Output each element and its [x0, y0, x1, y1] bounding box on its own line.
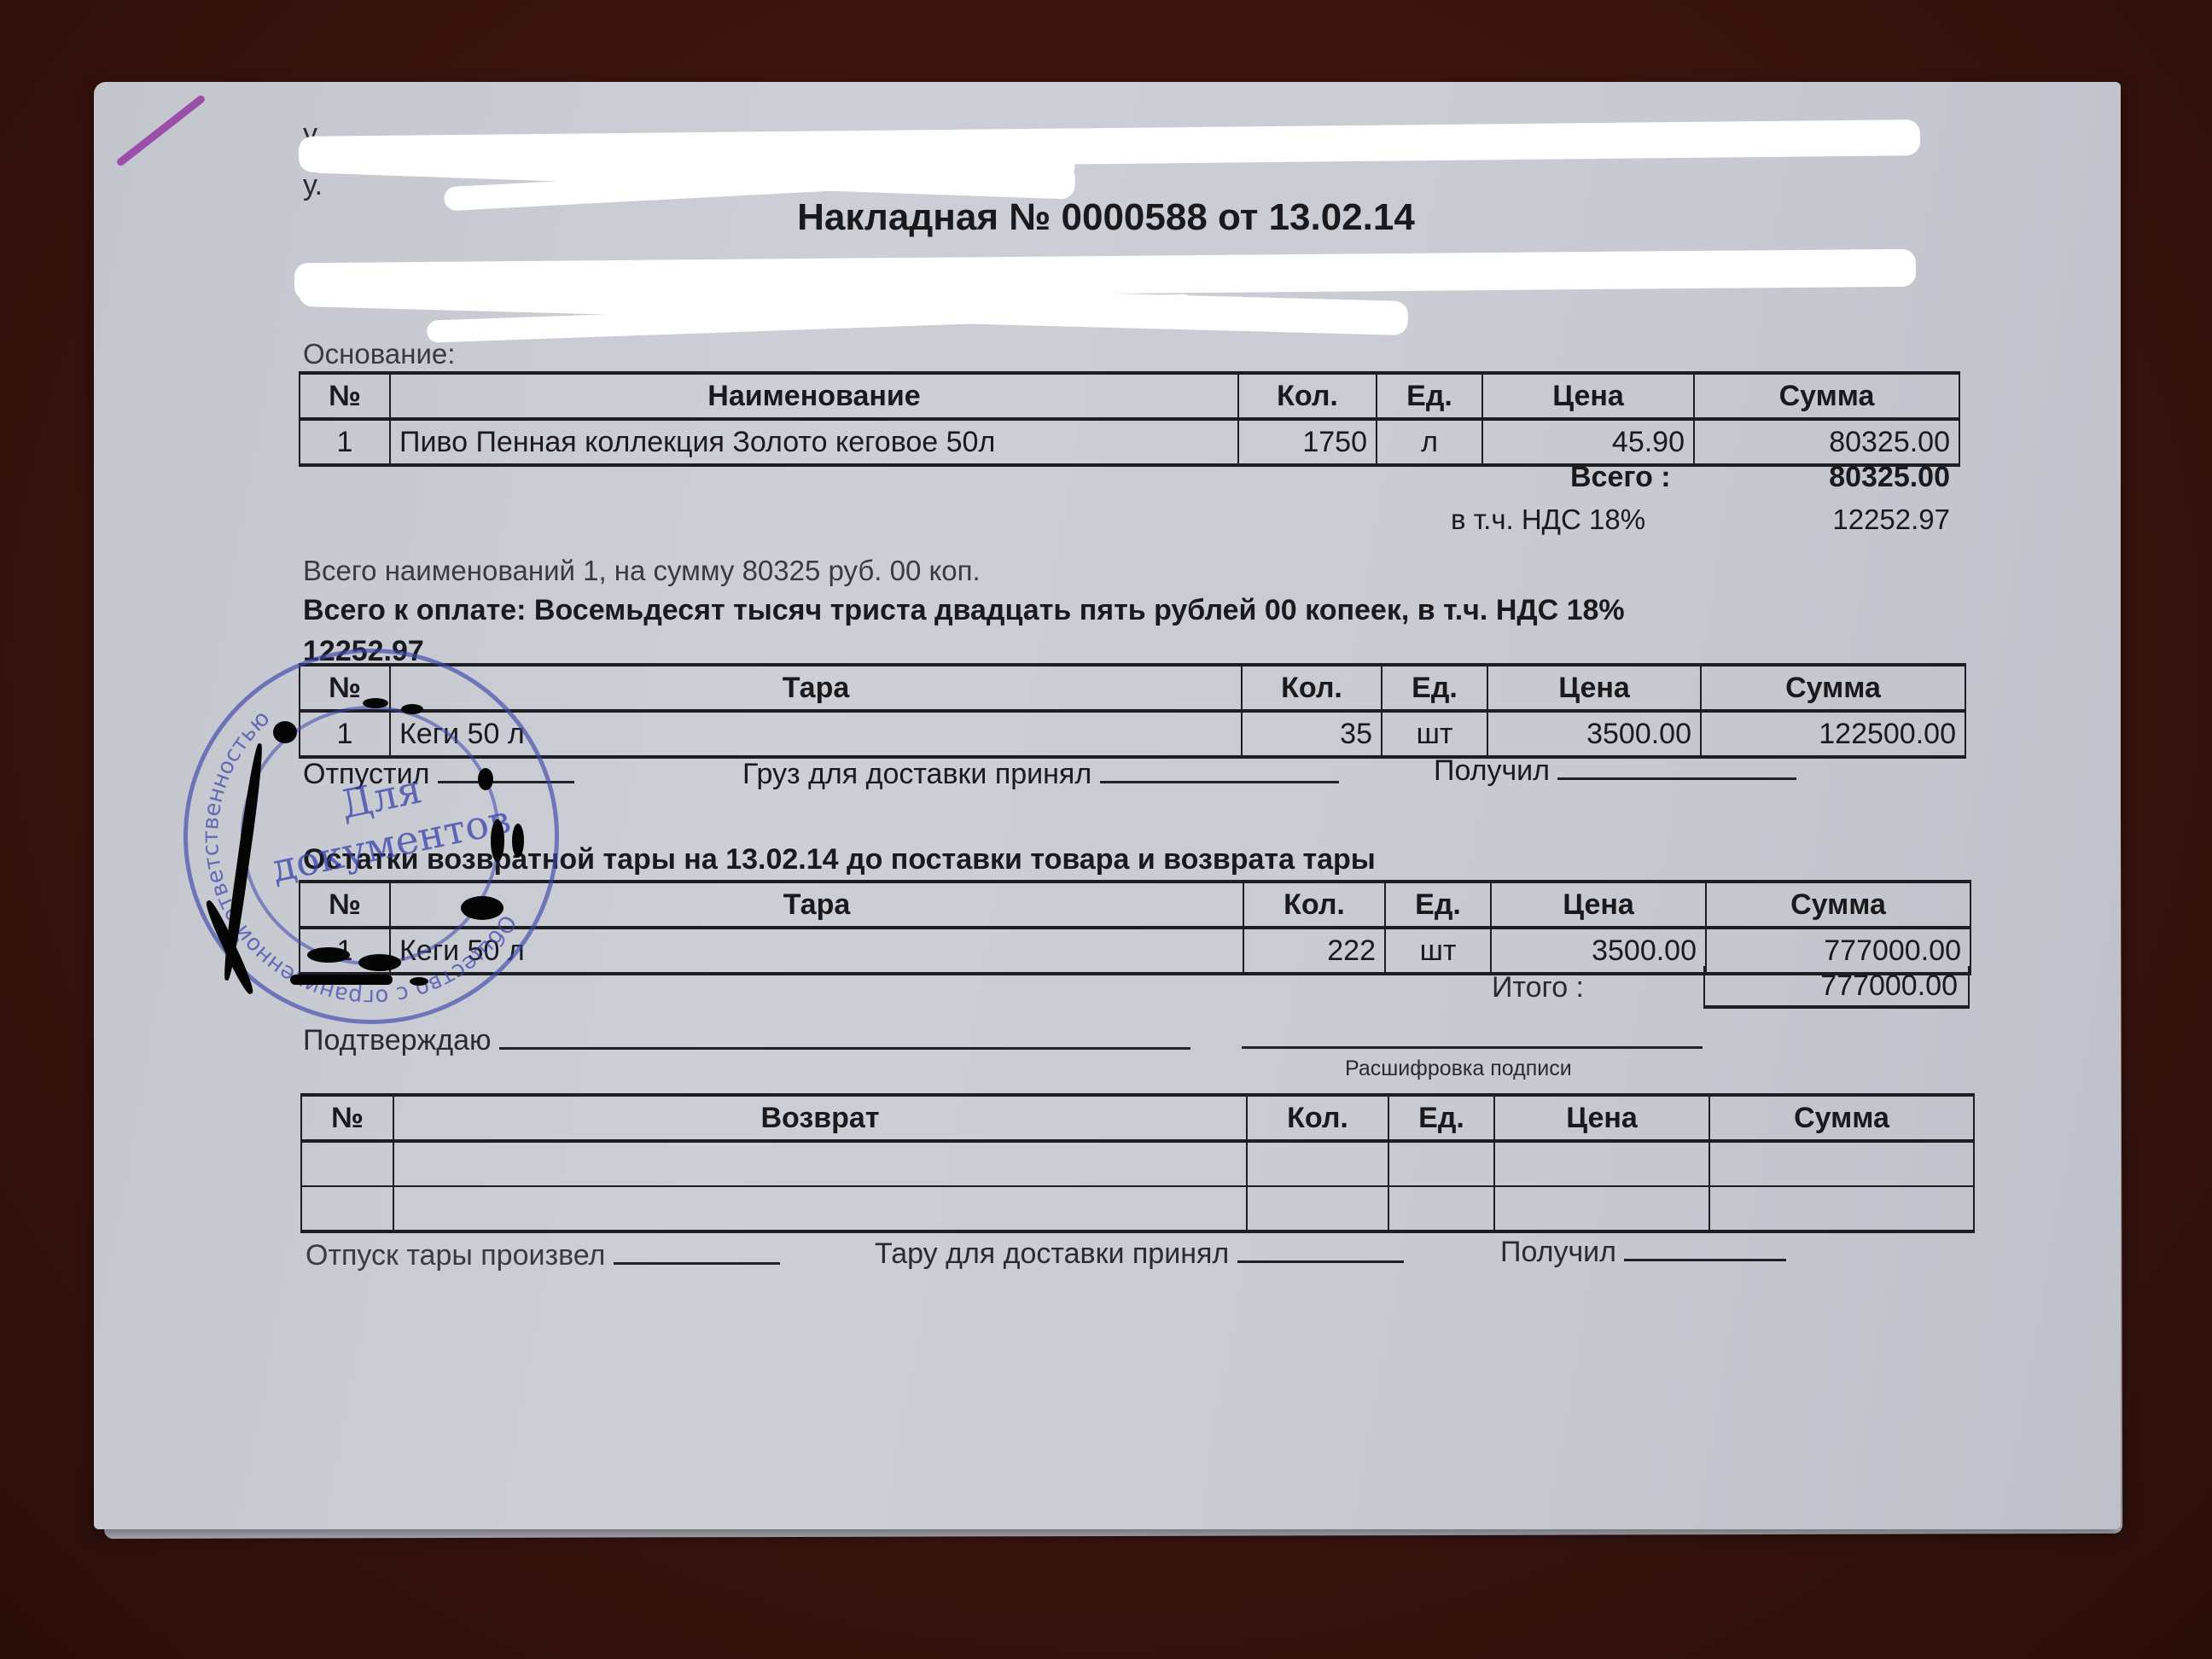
col-sum: Сумма — [1706, 882, 1970, 928]
confirm-line — [499, 1044, 1190, 1050]
cell — [1709, 1141, 1974, 1186]
confirm-signature: Подтверждаю — [303, 1024, 1190, 1057]
cell — [1494, 1141, 1709, 1186]
container-accepted-label: Тару для доставки принял — [875, 1237, 1229, 1270]
col-qty: Кол. — [1243, 882, 1385, 928]
col-unit: Ед. — [1382, 665, 1487, 711]
col-price: Цена — [1491, 882, 1706, 928]
col-price: Цена — [1482, 373, 1694, 419]
payment-summary: Всего к оплате: Восемьдесят тысяч триста… — [303, 594, 1625, 627]
confirm-label: Подтверждаю — [303, 1024, 492, 1057]
col-unit: Ед. — [1385, 882, 1491, 928]
decode-line — [1242, 1046, 1703, 1049]
container-released-label: Отпуск тары произвел — [306, 1239, 605, 1272]
row-price: 45.90 — [1482, 419, 1694, 465]
received-2-line — [1624, 1255, 1786, 1261]
col-price: Цена — [1494, 1095, 1709, 1141]
row-no: 1 — [300, 419, 390, 465]
col-return: Возврат — [393, 1095, 1247, 1141]
col-qty: Кол. — [1242, 665, 1382, 711]
received-2-label: Получил — [1500, 1236, 1616, 1268]
cell — [393, 1186, 1247, 1231]
received-signature: Получил — [1434, 754, 1796, 788]
col-unit: Ед. — [1377, 373, 1482, 419]
col-qty: Кол. — [1238, 373, 1377, 419]
total-value: 80325.00 — [1707, 461, 1950, 494]
row-sum: 80325.00 — [1694, 419, 1959, 465]
col-no: № — [301, 1095, 393, 1141]
table-row: 1 Пиво Пенная коллекция Золото кеговое 5… — [300, 419, 1959, 465]
col-no: № — [300, 373, 390, 419]
itogo-value: 777000.00 — [1703, 966, 1970, 1009]
container-accepted-line — [1237, 1257, 1404, 1263]
row-name: Пиво Пенная коллекция Золото кеговое 50л — [390, 419, 1238, 465]
row-sum: 122500.00 — [1701, 711, 1965, 757]
row-price: 3500.00 — [1491, 928, 1706, 974]
col-sum: Сумма — [1709, 1095, 1974, 1141]
items-summary: Всего наименований 1, на сумму 80325 руб… — [303, 555, 981, 587]
goods-table-header: № Наименование Кол. Ед. Цена Сумма — [300, 373, 1959, 419]
received-2-signature: Получил — [1500, 1236, 1786, 1269]
table-row-empty — [301, 1141, 1974, 1186]
row-unit: шт — [1382, 711, 1487, 757]
cell — [1247, 1186, 1388, 1231]
cell — [1388, 1186, 1494, 1231]
basis-label: Основание: — [303, 338, 455, 370]
row-qty: 1750 — [1238, 419, 1377, 465]
container-released-line — [614, 1259, 780, 1265]
return-table: № Возврат Кол. Ед. Цена Сумма — [300, 1093, 1975, 1233]
return-table-header: № Возврат Кол. Ед. Цена Сумма — [301, 1095, 1974, 1141]
total-label: Всего : — [1570, 461, 1671, 494]
itogo-label: Итого : — [1492, 971, 1584, 1004]
decode-label: Расшифровка подписи — [1345, 1057, 1572, 1081]
col-name: Наименование — [390, 373, 1238, 419]
container-released-signature: Отпуск тары произвел — [306, 1239, 780, 1272]
cell — [1247, 1141, 1388, 1186]
row-qty: 222 — [1243, 928, 1385, 974]
col-price: Цена — [1487, 665, 1701, 711]
container-accepted-signature: Тару для доставки принял — [875, 1237, 1404, 1271]
vat-label: в т.ч. НДС 18% — [1451, 504, 1645, 536]
row-qty: 35 — [1242, 711, 1382, 757]
cell — [393, 1141, 1247, 1186]
col-sum: Сумма — [1701, 665, 1965, 711]
row-unit: л — [1377, 419, 1482, 465]
vat-value: 12252.97 — [1707, 504, 1950, 536]
goods-table: № Наименование Кол. Ед. Цена Сумма 1 Пив… — [299, 371, 1960, 467]
cell — [301, 1141, 393, 1186]
cargo-accepted-signature: Груз для доставки принял — [742, 758, 1339, 791]
row-unit: шт — [1385, 928, 1491, 974]
cargo-accepted-line — [1100, 777, 1339, 783]
row-price: 3500.00 — [1487, 711, 1701, 757]
col-unit: Ед. — [1388, 1095, 1494, 1141]
cell — [1494, 1186, 1709, 1231]
invoice-title: Накладная № 0000588 от 13.02.14 — [0, 196, 2212, 239]
received-label: Получил — [1434, 754, 1550, 787]
cell — [301, 1186, 393, 1231]
col-qty: Кол. — [1247, 1095, 1388, 1141]
received-line — [1557, 774, 1796, 780]
cargo-accepted-label: Груз для доставки принял — [742, 758, 1091, 790]
cell — [1709, 1186, 1974, 1231]
col-sum: Сумма — [1694, 373, 1959, 419]
cell — [1388, 1141, 1494, 1186]
table-row-empty — [301, 1186, 1974, 1231]
